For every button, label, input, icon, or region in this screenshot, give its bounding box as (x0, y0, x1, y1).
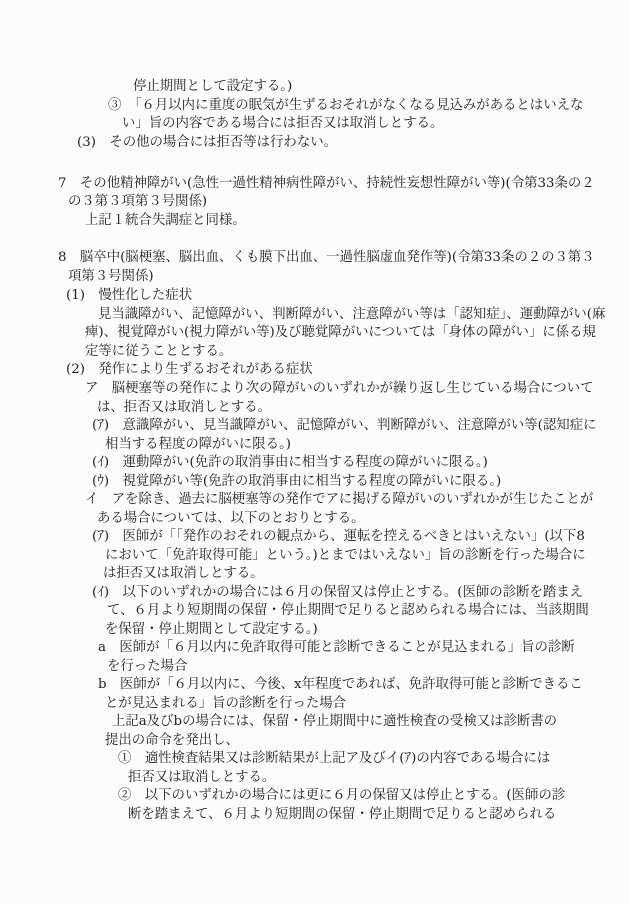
text-line: 見当識障がい、記憶障がい、判断障がい、注意障がい等は「認知症」、運動障がい(麻 (98, 306, 605, 325)
text-line: を行った場合 (107, 658, 187, 677)
text-line: ① 適性検査結果又は診断結果が上記ア及びイ(ｱ)の内容である場合には (118, 750, 550, 769)
text-line: の３第３項第３号関係) (68, 193, 207, 212)
text-line: 停止期間として設定する。) (133, 78, 292, 97)
text-line: 提出の命令を発出し、 (105, 732, 239, 751)
text-line: を保留・停止期間として設定する。) (105, 621, 318, 640)
text-line: (3) その他の場合には拒否等は行わない。 (77, 134, 337, 153)
text-line: ア 脳梗塞等の発作により次の障がいのいずれかが繰り返し生じている場合について (85, 380, 594, 399)
document-page: 停止期間として設定する。)③ 「６月以内に重度の眠気が生ずるおそれがなくなる見込… (0, 0, 630, 903)
text-line: 8 脳卒中(脳梗塞、脳出血、くも膜下出血、一過性脳虚血発作等)(令第33条の２の… (58, 249, 595, 268)
text-line: (ｱ) 医師が「「発作のおそれの観点から、運転を控えるべきとはいえない」(以下8 (92, 528, 585, 547)
text-line: は、拒否又は取消しとする。 (97, 399, 271, 418)
text-line: ある場合については、以下のとおりとする。 (97, 510, 365, 529)
text-line: とが見込まれる」旨の診断を行った場合 (105, 695, 346, 714)
text-line: (1) 慢性化した症状 (66, 287, 192, 306)
text-line: (ｲ) 運動障がい(免許の取消事由に相当する程度の障がいに限る。) (92, 454, 488, 473)
text-line: (ｱ) 意識障がい、見当識障がい、記憶障がい、判断障がい、注意障がい等(認知症に (92, 417, 596, 436)
text-line: 痺)、視覚障がい(視力障がい等)及び聴覚障がいについては「身体の障がい」に係る規 (85, 324, 596, 343)
text-line: イ アを除き、過去に脳梗塞等の発作でアに掲げる障がいのいずれかが生じたことが (85, 491, 593, 510)
text-line: (2) 発作により生ずるおそれがある症状 (66, 361, 313, 380)
text-line: 上記a及びbの場合には、保留・停止期間中に適性検査の受検又は診断書の (112, 713, 557, 732)
text-line: において「免許取得可能」という。)とまではいえない」旨の診断を行った場合に (105, 547, 586, 566)
text-line: b 医師が「６月以内に、今後、x年程度であれば、免許取得可能と診断できるこ (98, 676, 583, 695)
text-line: 上記１統合失調症と同様。 (85, 212, 246, 231)
text-line: ③ 「６月以内に重度の眠気が生ずるおそれがなくなる見込みがあるとはいえな (108, 97, 583, 116)
text-line: 定等に従うこととする。 (85, 343, 232, 362)
text-line: 拒否又は取消しとする。 (128, 769, 275, 788)
text-line: (ｳ) 視覚障がい等(免許の取消事由に相当する程度の障がいに限る。) (92, 473, 501, 492)
text-line: は拒否又は取消しとする。 (103, 565, 264, 584)
text-line: ② 以下のいずれかの場合には更に６月の保留又は停止とする。(医師の診 (118, 787, 565, 806)
text-line: (ｲ) 以下のいずれかの場合には６月の保留又は停止とする。(医師の診断を踏まえ (92, 584, 583, 603)
text-line: 7 その他精神障がい(急性一過性精神病性障がい、持続性妄想性障がい等)(令第33… (58, 175, 595, 194)
document-text: 停止期間として設定する。)③ 「６月以内に重度の眠気が生ずるおそれがなくなる見込… (0, 0, 630, 903)
text-line: 相当する程度の障がいに限る。) (105, 436, 291, 455)
text-line: 項第３号関係) (68, 268, 154, 287)
text-line: い」旨の内容である場合には拒否又は取消しとする。 (122, 115, 443, 134)
text-line: 断を踏まえて、６月より短期間の保留・停止期間で足りると認められる (128, 806, 556, 825)
text-line: て、６月より短期間の保留・停止期間で足りると認められる場合には、当該期間 (107, 602, 589, 621)
text-line: a 医師が「６月以内に免許取得可能と診断できることが見込まれる」旨の診断 (98, 639, 575, 658)
